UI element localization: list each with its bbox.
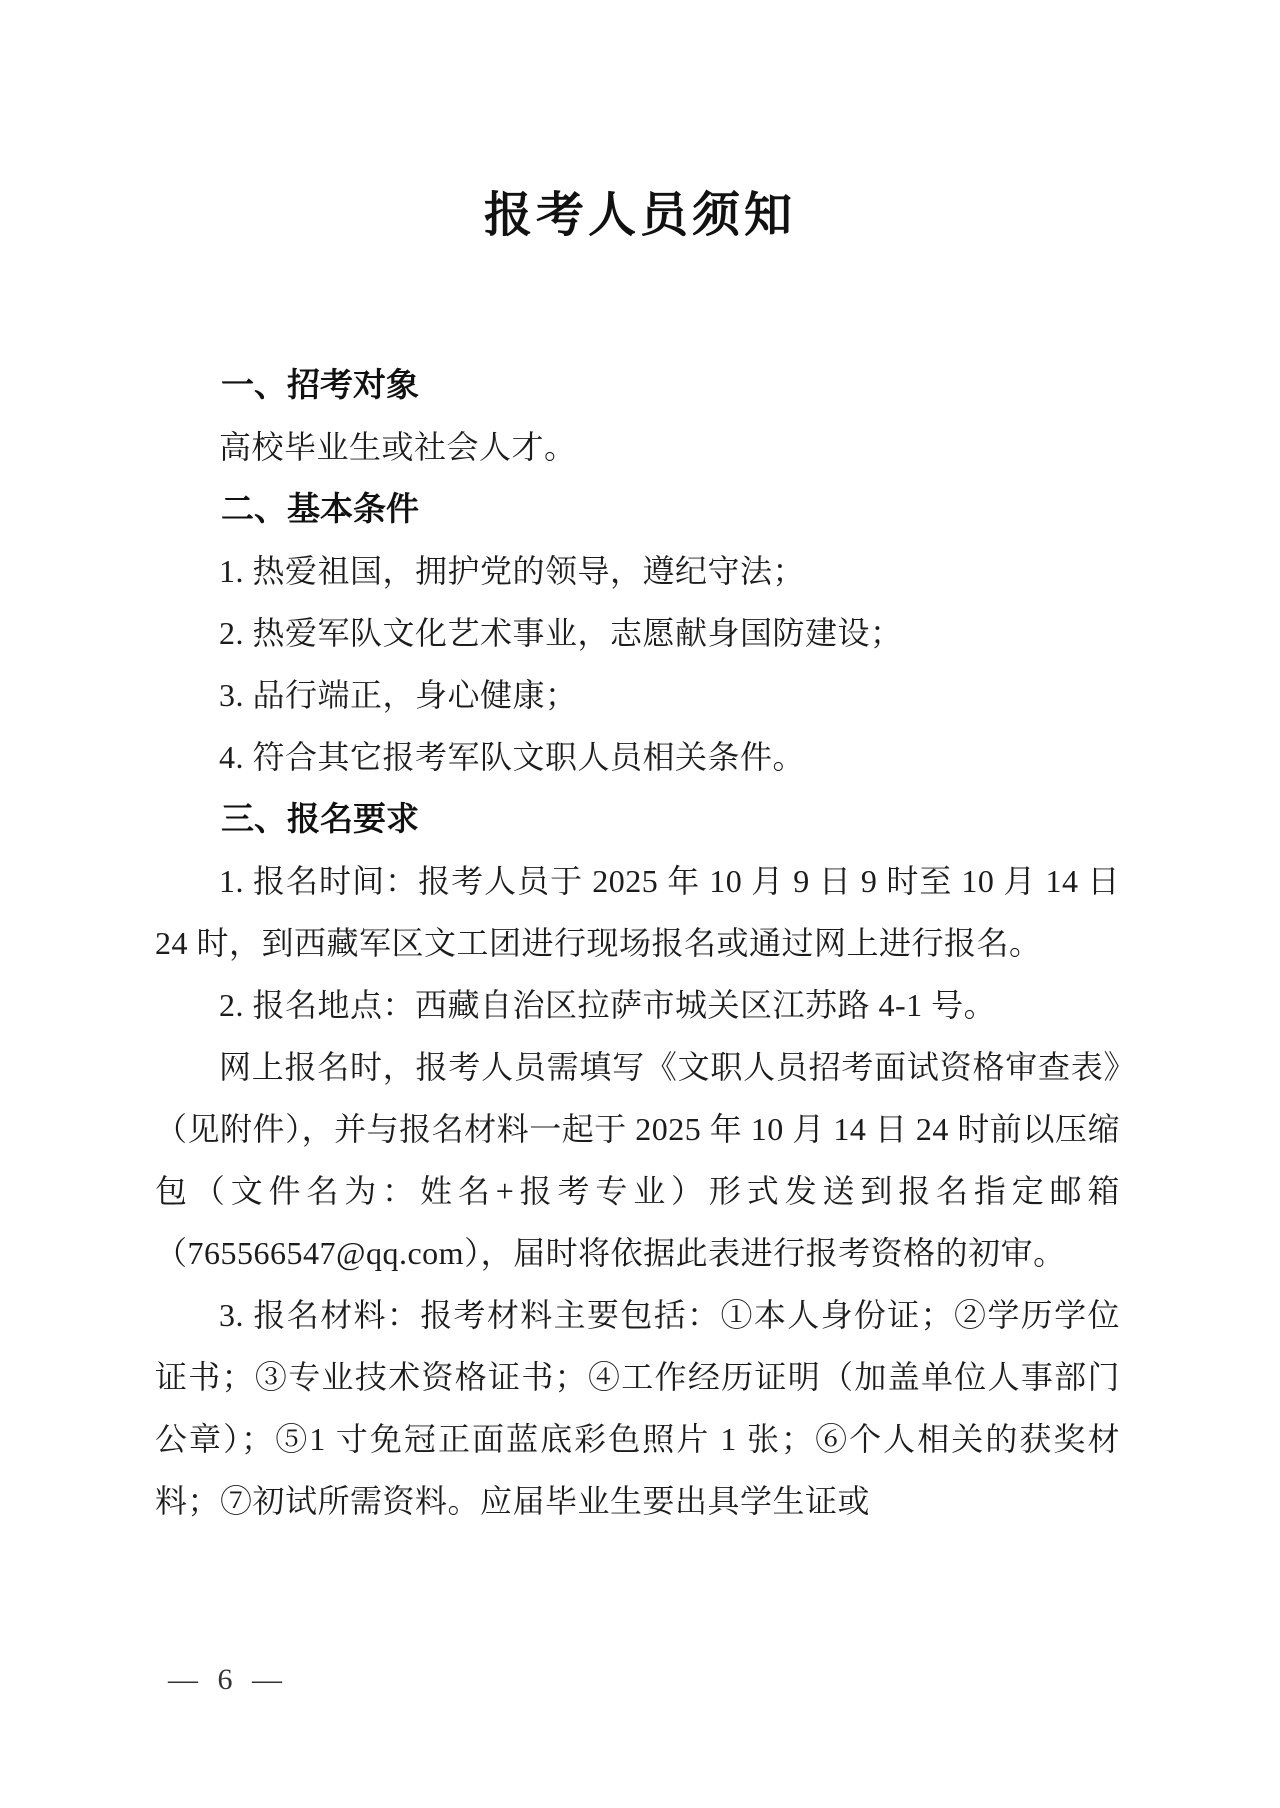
document-body: 一、招考对象 高校毕业生或社会人才。 二、基本条件 1. 热爱祖国，拥护党的领导… [155, 354, 1120, 1532]
document-page: 报考人员须知 一、招考对象 高校毕业生或社会人才。 二、基本条件 1. 热爱祖国… [0, 0, 1280, 1808]
section-3-paragraph-2: 2. 报名地点：西藏自治区拉萨市城关区江苏路 4-1 号。 [155, 974, 1120, 1036]
section-3-paragraph-3: 网上报名时，报考人员需填写《文职人员招考面试资格审查表》（见附件），并与报名材料… [155, 1036, 1120, 1284]
section-3-paragraph-1: 1. 报名时间：报考人员于 2025 年 10 月 9 日 9 时至 10 月 … [155, 850, 1120, 974]
document-title: 报考人员须知 [0, 0, 1280, 244]
section-1-heading: 一、招考对象 [155, 354, 1120, 416]
section-2-item-1: 1. 热爱祖国，拥护党的领导，遵纪守法； [155, 540, 1120, 602]
section-2-item-2: 2. 热爱军队文化艺术事业，志愿献身国防建设； [155, 602, 1120, 664]
section-2-item-4: 4. 符合其它报考军队文职人员相关条件。 [155, 726, 1120, 788]
section-2-item-3: 3. 品行端正，身心健康； [155, 664, 1120, 726]
section-3-heading: 三、报名要求 [155, 788, 1120, 850]
section-2-heading: 二、基本条件 [155, 478, 1120, 540]
page-number: — 6 — [168, 1662, 282, 1698]
section-3-paragraph-4: 3. 报名材料：报考材料主要包括：①本人身份证；②学历学位证书；③专业技术资格证… [155, 1284, 1120, 1532]
section-1-paragraph-1: 高校毕业生或社会人才。 [155, 416, 1120, 478]
